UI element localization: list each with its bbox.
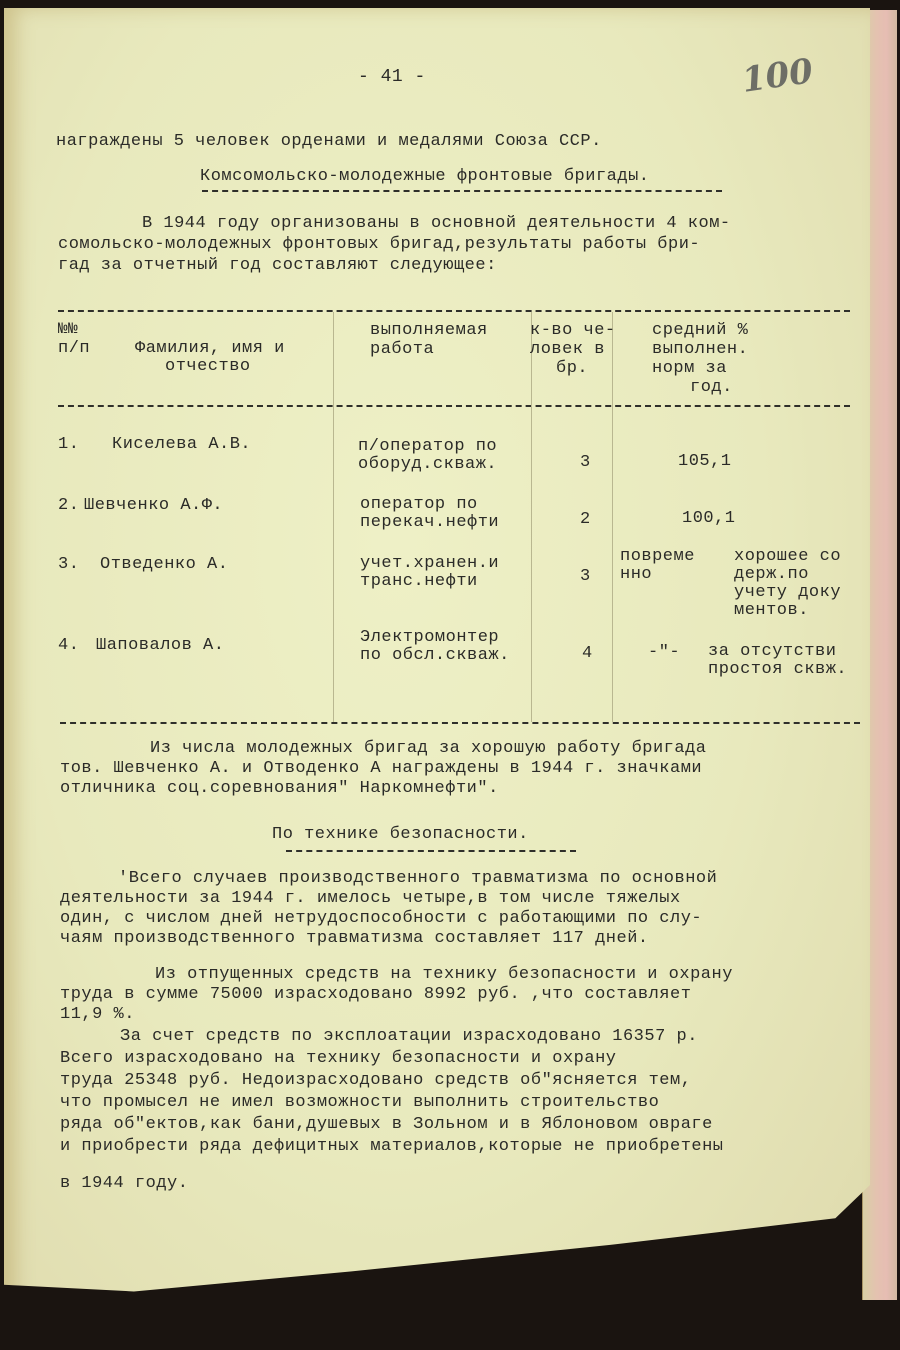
row-work: оператор по: [360, 496, 478, 514]
row-count: 2: [580, 511, 591, 529]
row-note: учету доку: [734, 584, 841, 602]
header-avg: норм за: [652, 360, 727, 378]
row-work: Электромонтер: [360, 629, 499, 647]
header-name: Фамилия, имя и: [135, 340, 285, 358]
paragraph-line: За счет средств по эксплоатации израсход…: [120, 1028, 698, 1046]
paragraph-line: Всего израсходовано на технику безопасно…: [60, 1050, 617, 1068]
paragraph-line: труда 25348 руб. Недоизрасходовано средс…: [60, 1072, 691, 1090]
page-number: - 41 -: [358, 68, 426, 86]
row-note: ментов.: [734, 602, 809, 620]
row-name: Киселева А.В.: [112, 436, 251, 454]
row-work: по обсл.скваж.: [360, 647, 510, 665]
paragraph-line: деятельности за 1944 г. имелось четыре,в…: [60, 890, 681, 908]
table-bottom-rule: [60, 722, 860, 724]
row-num: 4.: [58, 637, 79, 655]
header-count: ловек в: [530, 341, 605, 359]
paragraph-line: и приобрести ряда дефицитных материалов,…: [60, 1138, 724, 1156]
row-num: 2.: [58, 497, 79, 515]
paragraph-line: один, с числом дней нетрудоспособности с…: [60, 910, 702, 928]
paragraph-line: отличника соц.соревнования" Наркомнефти"…: [60, 780, 499, 798]
row-count: 3: [580, 454, 591, 472]
header-name: отчество: [165, 358, 251, 376]
header-num-symbol: №№: [58, 320, 78, 338]
row-name: Отведенко А.: [100, 556, 228, 574]
paragraph-line: труда в сумме 75000 израсходовано 8992 р…: [60, 986, 691, 1004]
paragraph-line: Из отпущенных средств на технику безопас…: [155, 966, 733, 984]
paragraph-line: тов. Шевченко А. и Отводенко А награжден…: [60, 760, 702, 778]
row-name: Шаповалов А.: [96, 637, 224, 655]
row-count: 4: [582, 645, 593, 663]
heading-underline: [202, 190, 722, 192]
column-divider: [531, 312, 532, 722]
table-header-rule: [58, 405, 850, 407]
row-avg: повреме: [620, 548, 695, 566]
row-work: оборуд.скваж.: [358, 456, 497, 474]
row-work: транс.нефти: [360, 573, 478, 591]
heading-underline: [286, 850, 576, 852]
paragraph-line: что промысел не имел возможности выполни…: [60, 1094, 659, 1112]
paragraph-line: Из числа молодежных бригад за хорошую ра…: [150, 740, 707, 758]
row-name: Шевченко А.Ф.: [84, 497, 223, 515]
row-avg: 100,1: [682, 510, 736, 528]
row-num: 1.: [58, 436, 79, 454]
section-heading-brigades: Комсомольско-молодежные фронтовые бригад…: [200, 168, 649, 186]
row-num: 3.: [58, 556, 79, 574]
header-avg: средний %: [652, 322, 748, 340]
header-count: к-во че-: [530, 322, 616, 340]
row-work: учет.хранен.и: [360, 555, 499, 573]
intro-line: награждены 5 человек орденами и медалями…: [56, 133, 602, 151]
paragraph-line: чаям производственного травматизма соста…: [60, 930, 649, 948]
header-count: бр.: [556, 360, 588, 378]
header-work: выполняемая: [370, 322, 488, 340]
paragraph-line: 'Всего случаев производственного травмат…: [118, 870, 717, 888]
paragraph-line: сомольско-молодежных фронтовых бригад,ре…: [58, 236, 700, 254]
row-note: держ.по: [734, 566, 809, 584]
header-work: работа: [370, 341, 434, 359]
paragraph-line: в 1944 году.: [60, 1175, 188, 1193]
column-divider: [612, 312, 613, 722]
paragraph-line: В 1944 году организованы в основной деят…: [142, 215, 731, 233]
row-note: хорошее со: [734, 548, 841, 566]
row-count: 3: [580, 568, 591, 586]
header-num: п/п: [58, 340, 90, 358]
paragraph-line: 11,9 %.: [60, 1006, 135, 1024]
row-avg: 105,1: [678, 453, 732, 471]
header-avg: год.: [690, 379, 733, 397]
row-avg: -"-: [648, 644, 680, 662]
column-divider: [333, 312, 334, 722]
section-heading-safety: По технике безопасности.: [272, 826, 529, 844]
paragraph-line: гад за отчетный год составляют следующее…: [58, 257, 497, 275]
row-work: п/оператор по: [358, 438, 497, 456]
paragraph-line: ряда об"ектов,как бани,душевых в Зольном…: [60, 1116, 713, 1134]
table-top-rule: [58, 310, 850, 312]
header-avg: выполнен.: [652, 341, 748, 359]
row-work: перекач.нефти: [360, 514, 499, 532]
row-note: за отсутстви: [708, 643, 836, 661]
row-note: простоя сквж.: [708, 661, 847, 679]
row-avg: нно: [620, 566, 652, 584]
